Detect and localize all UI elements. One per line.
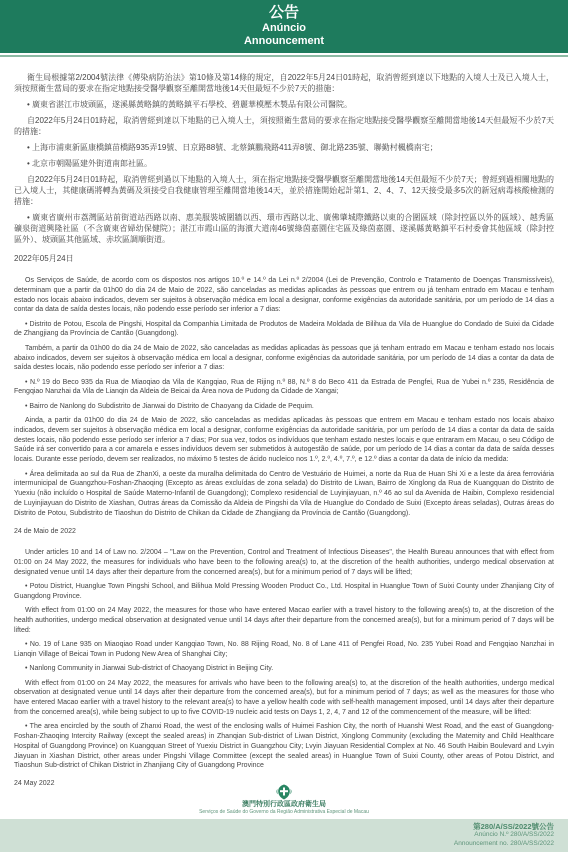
- reference-number-band: 第280/A/SS/2022號公告 Anúncio N.º 280/A/SS/2…: [0, 819, 568, 852]
- en-bullet-2: • No. 19 of Lane 935 on Miaoqiao Road un…: [14, 640, 554, 660]
- issuer-name-zh: 澳門特別行政區政府衛生局: [0, 801, 568, 809]
- zh-paragraph-3: 自2022年5月24日01時起，取消曾經到過以下地點的入境人士，須在指定地點接受…: [14, 174, 554, 207]
- reference-number-en: Announcement no. 280/A/SS/2022: [0, 840, 554, 849]
- page-title-zh: 公告: [0, 4, 568, 22]
- announcement-page: 公告 Anúncio Announcement 衛生局根據第2/2004號法律《…: [0, 0, 568, 852]
- page-title-en: Announcement: [0, 35, 568, 48]
- header-band: 公告 Anúncio Announcement: [0, 0, 568, 53]
- pt-paragraph-1: Os Serviços de Saúde, de acordo com os d…: [14, 276, 554, 315]
- zh-paragraph-2: 自2022年5月24日01時起，取消曾經到達以下地點的已入境人士，須按照衛生當局…: [14, 115, 554, 137]
- pt-paragraph-3: Ainda, a partir da 01h00 do dia 24 de Ma…: [14, 416, 554, 465]
- pt-bullet-1: • Distrito de Potou, Escola de Pingshi, …: [14, 320, 554, 340]
- pt-paragraph-2: Também, a partir da 01h00 do dia 24 de M…: [14, 344, 554, 373]
- zh-date: 2022年05月24日: [14, 253, 554, 264]
- en-paragraph-3: With effect from 01:00 on 24 May 2022, t…: [14, 679, 554, 718]
- section-portuguese: Os Serviços de Saúde, de acordo com os d…: [14, 276, 554, 536]
- health-bureau-logo-icon: [275, 784, 293, 800]
- en-paragraph-1: Under articles 10 and 14 of Law no. 2/20…: [14, 548, 554, 577]
- en-bullet-4: • The area encircled by the south of Zha…: [14, 722, 554, 771]
- pt-date: 24 de Maio de 2022: [14, 527, 554, 537]
- issuer-block: 澳門特別行政區政府衛生局 Serviços de Saúde do Govern…: [0, 784, 568, 819]
- zh-bullet-2: • 上海市浦東新區康橋鎮苗橋路935弄19號、日京路88號、北蔡鎮鵬飛路411弄…: [14, 142, 554, 153]
- section-english: Under articles 10 and 14 of Law no. 2/20…: [14, 548, 554, 789]
- en-paragraph-2: With effect from 01:00 on 24 May 2022, t…: [14, 606, 554, 635]
- en-bullet-3: • Nanlong Community in Jianwai Sub-distr…: [14, 664, 554, 674]
- pt-bullet-3: • Bairro de Nanlong do Subdistrito de Ji…: [14, 402, 554, 412]
- reference-number-zh: 第280/A/SS/2022號公告: [0, 822, 554, 831]
- section-chinese: 衛生局根據第2/2004號法律《傳染病防治法》第10條及第14條的規定，自202…: [14, 72, 554, 264]
- zh-bullet-1: • 廣東省湛江市坡頭區，遂溪縣黃略鎮的黃略鎮平石學校、碧麗華模壓木製品有限公司醫…: [14, 99, 554, 110]
- en-bullet-1: • Potou District, Huanglue Town Pingshi …: [14, 582, 554, 602]
- zh-bullet-3: • 北京市朝陽區建外街道南郎社區。: [14, 158, 554, 169]
- pt-bullet-4: • Área delimitada ao sul da Rua de ZhanX…: [14, 470, 554, 519]
- issuer-name-pt: Serviços de Saúde do Governo da Região A…: [0, 809, 568, 816]
- pt-bullet-2: • N.º 19 do Beco 935 da Rua de Miaoqiao …: [14, 378, 554, 398]
- zh-bullet-4: • 廣東省廣州市荔灣區站前街道站西路以南、惠美服裝城圍牆以西、環市西路以北、廣佛…: [14, 212, 554, 245]
- zh-paragraph-1: 衛生局根據第2/2004號法律《傳染病防治法》第10條及第14條的規定，自202…: [14, 72, 554, 94]
- document-body: 衛生局根據第2/2004號法律《傳染病防治法》第10條及第14條的規定，自202…: [0, 57, 568, 789]
- page-title-pt: Anúncio: [0, 22, 568, 35]
- reference-number-pt: Anúncio N.º 280/A/SS/2022: [0, 831, 554, 840]
